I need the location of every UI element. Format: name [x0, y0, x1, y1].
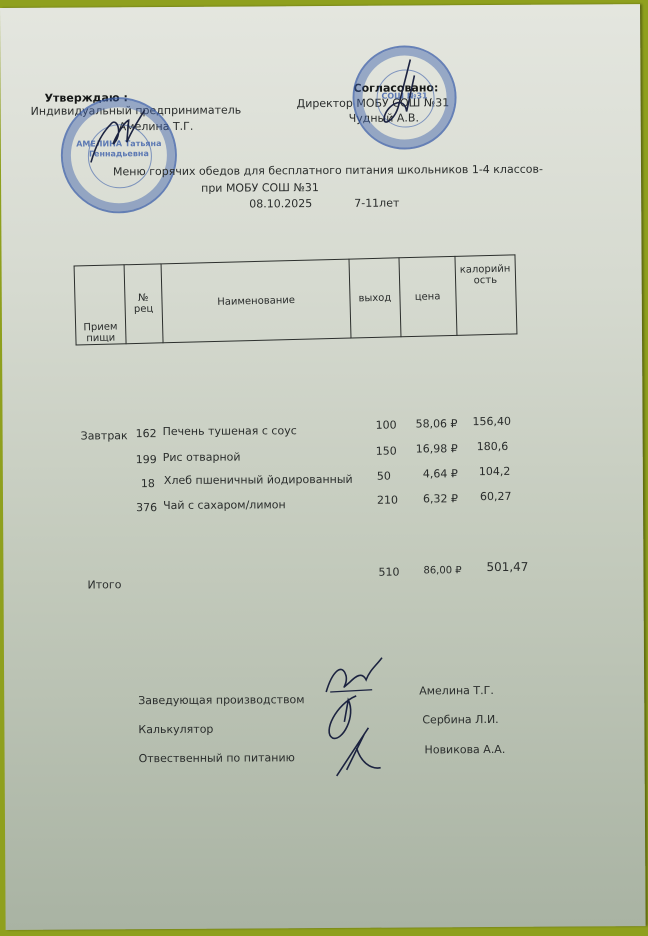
- signatory-name: Новикова А.А.: [425, 743, 506, 756]
- cell-yield: 210: [377, 494, 398, 507]
- header-price: цена: [399, 256, 457, 336]
- signatory-role: Отвественный по питанию: [139, 751, 295, 765]
- cell-calories: 156,40: [472, 415, 511, 428]
- cell-name: Рис отварной: [163, 451, 241, 464]
- staff-signatures-icon: [316, 652, 397, 782]
- cell-recipe-no: 162: [136, 427, 157, 440]
- cell-yield: 150: [376, 445, 397, 458]
- approval-signature-icon: [83, 102, 153, 172]
- total-calories: 501,47: [486, 560, 528, 574]
- signatory-name: Сербина Л.И.: [422, 713, 498, 726]
- header-calories: калорийн ость: [455, 255, 517, 336]
- menu-title: Меню горячих обедов для бесплатного пита…: [113, 163, 543, 179]
- total-label: Итого: [87, 578, 121, 591]
- cell-price: 4,64 ₽: [423, 467, 458, 480]
- header-recipe-no: № рец: [124, 264, 163, 344]
- header-yield: выход: [349, 258, 401, 338]
- cell-recipe-no: 199: [136, 453, 157, 466]
- signatories: Заведующая производством Амелина Т.Г. Ка…: [0, 4, 640, 8]
- total-price: 86,00 ₽: [423, 565, 461, 576]
- cell-yield: 50: [377, 470, 391, 483]
- cell-meal: Завтрак: [81, 429, 128, 442]
- menu-subtitle: при МОБУ СОШ №31: [201, 181, 319, 195]
- cell-price: 58,06 ₽: [416, 417, 458, 430]
- header-meal: Прием пищи: [74, 265, 126, 345]
- document-page: Утверждаю : Индивидуальный предпринимате…: [0, 4, 646, 930]
- cell-calories: 180,6: [477, 440, 509, 453]
- cell-price: 16,98 ₽: [416, 442, 458, 455]
- cell-recipe-no: 18: [141, 477, 155, 490]
- cell-name: Хлеб пшеничный йодированный: [164, 473, 353, 487]
- cell-recipe-no: 376: [136, 501, 157, 514]
- menu-table-header: Прием пищи № рец Наименование выход цена…: [74, 254, 518, 345]
- signatory-name: Амелина Т.Г.: [419, 684, 494, 697]
- cell-calories: 104,2: [479, 465, 511, 478]
- header-name: Наименование: [161, 259, 351, 343]
- total-yield: 510: [378, 566, 399, 579]
- cell-calories: 60,27: [480, 490, 512, 503]
- agreement-signature-icon: [370, 55, 430, 135]
- cell-yield: 100: [376, 419, 397, 432]
- signatory-role: Заведующая производством: [138, 693, 304, 707]
- cell-price: 6,32 ₽: [423, 492, 458, 505]
- age-group: 7-11лет: [354, 197, 399, 210]
- menu-date: 08.10.2025: [249, 197, 312, 210]
- signatory-role: Калькулятор: [138, 723, 213, 736]
- menu-table-body: Завтрак 162 Печень тушеная с соус 100 58…: [0, 4, 640, 8]
- cell-name: Чай с сахаром/лимон: [163, 498, 286, 512]
- cell-name: Печень тушеная с соус: [163, 424, 297, 438]
